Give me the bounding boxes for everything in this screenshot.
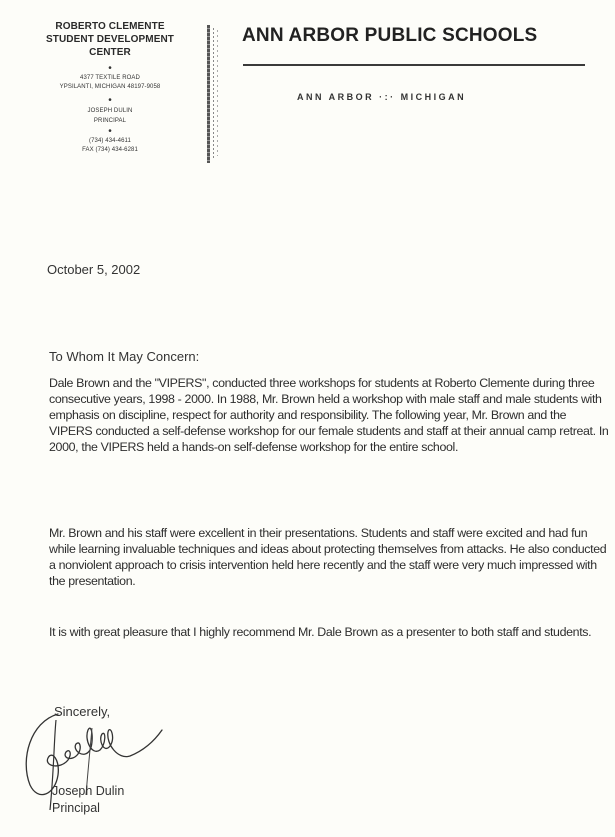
letterhead-left-block: ROBERTO CLEMENTE STUDENT DEVELOPMENT CEN…	[40, 20, 180, 155]
letterhead-subtitle: ANN ARBOR ·:· MICHIGAN	[297, 92, 466, 102]
body-paragraph: It is with great pleasure that I highly …	[49, 624, 609, 640]
school-name-line-3: CENTER	[40, 46, 180, 59]
letter-date: October 5, 2002	[47, 262, 140, 277]
principal-title: Principal	[40, 116, 180, 126]
letterhead-title: ANN ARBOR PUBLIC SCHOOLS	[242, 25, 587, 47]
school-name-line-1: ROBERTO CLEMENTE	[40, 20, 180, 33]
fax-number: FAX (734) 434-6281	[40, 146, 180, 155]
title-underline	[243, 64, 585, 66]
vertical-divider-fine	[217, 30, 218, 156]
vertical-divider-fine	[213, 28, 214, 158]
body-paragraph: Mr. Brown and his staff were excellent i…	[49, 525, 609, 589]
signature-icon	[10, 700, 190, 820]
signer-title: Principal	[52, 801, 100, 815]
principal-name: Joseph Dulin	[40, 106, 180, 116]
salutation: To Whom It May Concern:	[49, 349, 199, 364]
bullet-divider: •	[40, 95, 180, 106]
vertical-divider	[207, 25, 210, 163]
address-line-1: 4377 Textile Road	[40, 74, 180, 83]
address-line-2: Ypsilanti, Michigan 48197-9058	[40, 83, 180, 92]
phone-number: (734) 434-4611	[40, 137, 180, 146]
body-paragraph: Dale Brown and the "VIPERS", conducted t…	[49, 375, 609, 455]
bullet-divider: •	[40, 126, 180, 137]
school-name-line-2: STUDENT DEVELOPMENT	[40, 33, 180, 46]
bullet-divider: •	[40, 63, 180, 74]
signer-name: Joseph Dulin	[52, 784, 124, 798]
